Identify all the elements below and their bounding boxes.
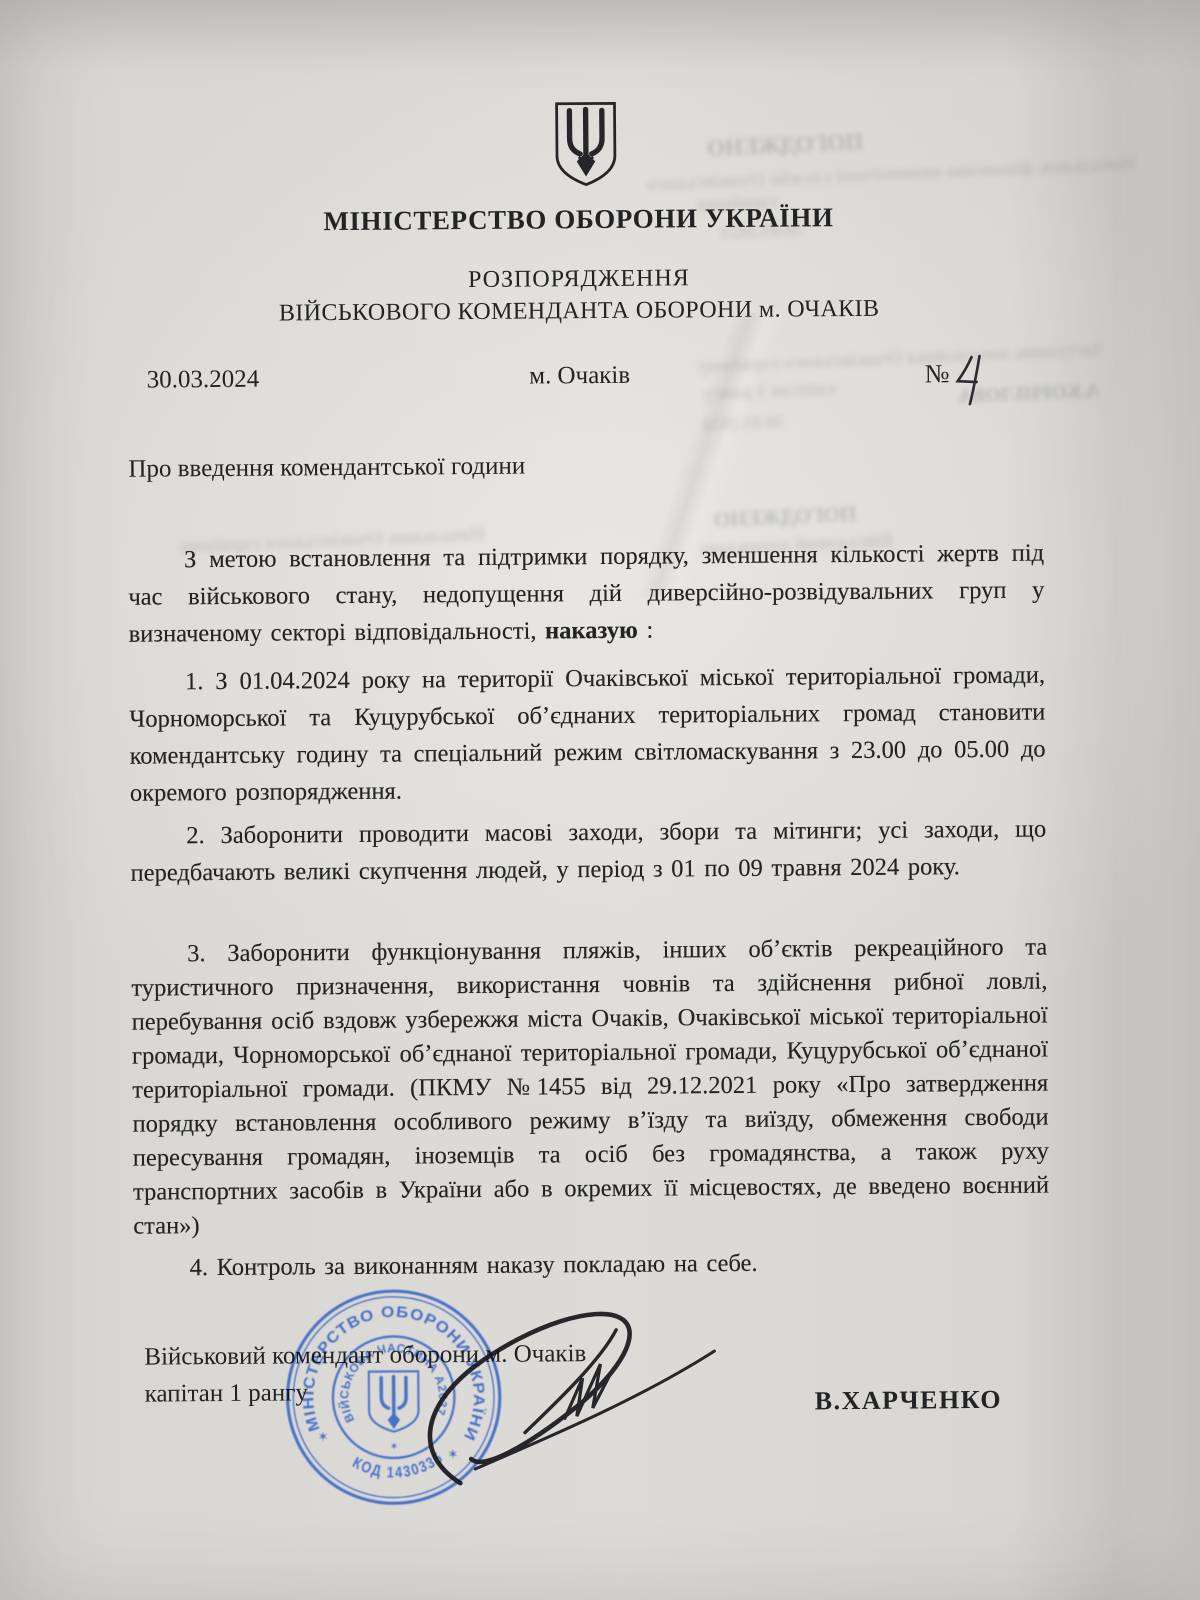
bleedthrough-text: ПОГОДЖЕНО xyxy=(706,129,863,162)
intro-colon: : xyxy=(638,617,654,644)
trident-emblem-icon xyxy=(551,100,622,189)
doc-subject: Про введення комендантської години xyxy=(128,453,525,484)
order-item-3: 3. Заборонити функціонування пляжів, інш… xyxy=(131,930,1049,1243)
order-item-1: 1. З 01.04.2024 року на території Очаків… xyxy=(129,657,1046,812)
doc-type-line2: ВІЙСЬКОВОГО КОМЕНДАНТА ОБОРОНИ м. ОЧАКІВ xyxy=(0,294,1162,330)
number-sign: № xyxy=(925,353,950,389)
intro-paragraph: З метою встановлення та підтримки порядк… xyxy=(128,535,1045,653)
stamp-star-bottom: ✶ xyxy=(390,1442,399,1453)
paper-sheet: ПОГОДЖЕНО Начальник фінансово-економічно… xyxy=(0,0,1200,1600)
intro-keyword: наказую xyxy=(545,617,638,645)
order-item-4: 4. Контроль за виконанням наказу поклада… xyxy=(134,1242,1050,1286)
stamp-star-left: ✶ xyxy=(317,1429,328,1444)
order-item-2: 2. Заборонити проводити масові заходи, з… xyxy=(130,810,1047,891)
document-photo: ПОГОДЖЕНО Начальник фінансово-економічно… xyxy=(0,0,1200,1600)
handwritten-number xyxy=(953,353,989,407)
stamp-trident-icon xyxy=(369,1371,419,1432)
signer-name: В.ХАРЧЕНКО xyxy=(815,1385,1003,1416)
ministry-title: МІНІСТЕРСТВО ОБОРОНИ УКРАЇНИ xyxy=(0,200,1162,240)
doc-number: № 4 xyxy=(925,353,990,408)
bleedthrough-text: 30.03.2024 xyxy=(703,411,785,435)
doc-type-line1: РОЗПОРЯДЖЕННЯ xyxy=(0,262,1162,298)
bleedthrough-text: ПОГОДЖЕНО xyxy=(713,501,857,532)
stamp-star-right: ✶ xyxy=(447,1446,458,1461)
official-stamp: МІНІСТЕРСТВО ОБОРОНИ УКРАЇНИ КОД 1430335… xyxy=(278,1273,510,1517)
